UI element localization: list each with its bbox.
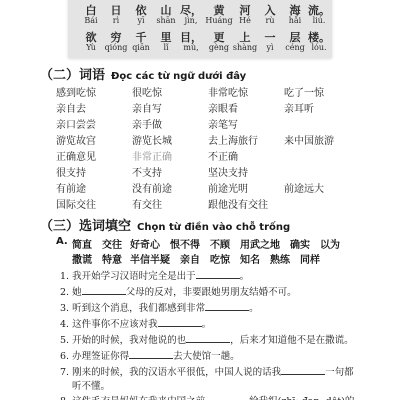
bank-word: 恨不得 — [170, 236, 200, 251]
bank-word: 好奇心 — [130, 236, 160, 251]
vocab-item: 有交往 — [132, 196, 162, 211]
question-text: 一句都 — [325, 367, 354, 378]
vocab-item: 国际交往 — [56, 196, 96, 211]
question-number: 7. — [60, 367, 69, 378]
poem-pinyin: mù, — [176, 43, 206, 52]
question-text: 。 — [249, 303, 259, 314]
question-3: 3. 听到这个消息，我们都感到非常。 — [60, 300, 259, 314]
section2-title: （二）词语 Đọc các từ ngữ dưới đây — [40, 64, 246, 83]
question-number: 8. — [60, 396, 69, 400]
bank-word: 吃惊 — [210, 251, 230, 266]
vocab-item: 亲自去 — [56, 100, 86, 115]
bank-word: 确实 — [290, 236, 310, 251]
vocab-item: 游览故宫 — [56, 132, 96, 147]
question-6: 6. 办理签证你得去大使馆一趟。 — [60, 348, 240, 362]
question-1: 1. 我开始学习汉语时完全是出于。 — [60, 268, 249, 282]
section2-title-vn: Đọc các từ ngữ dưới đây — [111, 71, 246, 82]
question-4: 4. 这件事你不应该对我。 — [60, 316, 211, 330]
question-text: 我开始学习汉语时完全是出于 — [72, 271, 196, 282]
vocab-item: 跟他没有交往 — [208, 196, 268, 211]
vocab-item: 不正确 — [208, 148, 238, 163]
poem-box: 白 日 依 山 尽， 黄 河 入 海 流。 Bái rì yī shān jìn… — [68, 0, 332, 58]
answer-blank[interactable] — [205, 394, 249, 400]
question-7: 7. 刚来的时候，我的汉语水平很低，中国人说的话我一句都 — [60, 364, 354, 378]
vocab-item: 来中国旅游 — [284, 132, 334, 147]
question-text: 给我织(zhī: đan, dệt)的。 — [249, 396, 364, 400]
bank-word: 半信半疑 — [130, 251, 170, 266]
section3-title-cn: （三）选词填空 — [40, 215, 131, 234]
section3-title: （三）选词填空 Chọn từ điền vào chỗ trống — [40, 215, 290, 234]
vocab-item: 有前途 — [56, 180, 86, 195]
question-text: 这件事你不应该对我 — [72, 319, 158, 330]
answer-blank[interactable] — [205, 301, 249, 311]
question-number: 6. — [60, 351, 69, 362]
bank-word: 特意 — [102, 251, 122, 266]
question-text: 她 — [72, 287, 82, 298]
question-text: 听到这个消息，我们都感到非常 — [72, 303, 205, 314]
section3-title-vn: Chọn từ điền vào chỗ trống — [137, 222, 290, 233]
bank-word: 撒谎 — [72, 251, 92, 266]
answer-blank[interactable] — [129, 349, 173, 359]
vocab-item: 亲耳听 — [284, 100, 314, 115]
question-8: 8. 这件毛衣是妈妈在我来中国之前给我织(zhī: đan, dệt)的。 — [60, 393, 364, 400]
question-5: 5. 开始的时候，我对他说的也，后来才知道他不是在撒谎。 — [60, 332, 354, 346]
section2-title-cn: （二）词语 — [40, 64, 105, 83]
bank-word: 亲自 — [180, 251, 200, 266]
poem-pinyin: lóu. — [304, 43, 334, 52]
bank-word: 交往 — [102, 236, 122, 251]
bank-word: 以为 — [320, 236, 340, 251]
vocab-item: 前途光明 — [208, 180, 248, 195]
question-text: 听不懂。 — [72, 381, 110, 392]
vocab-item: 前途远大 — [284, 180, 324, 195]
vocab-item: 亲口尝尝 — [56, 116, 96, 131]
question-text: 这件毛衣是妈妈在我来中国之前 — [72, 396, 205, 400]
bank-word: 简直 — [72, 236, 92, 251]
vocab-item: 亲手做 — [132, 116, 162, 131]
question-number: 5. — [60, 335, 69, 346]
vocab-item: 没有前途 — [132, 180, 172, 195]
question-7-continued: 听不懂。 — [72, 378, 110, 392]
vocab-item: 亲笔写 — [208, 116, 238, 131]
vocab-item: 非常正确 — [132, 148, 172, 163]
vocab-item: 亲自写 — [132, 100, 162, 115]
vocab-item: 很支持 — [56, 164, 86, 179]
bank-word: 熟练 — [270, 251, 290, 266]
bank-word: 不顾 — [210, 236, 230, 251]
vocab-item: 不支持 — [132, 164, 162, 179]
bank-word: 用武之地 — [240, 236, 280, 251]
vocab-item: 感到吃惊 — [56, 84, 96, 99]
vocab-item: 很吃惊 — [132, 84, 162, 99]
vocab-item: 吃了一惊 — [284, 84, 324, 99]
answer-blank[interactable] — [158, 317, 202, 327]
question-text: 开始的时候，我对他说的也 — [72, 335, 186, 346]
word-bank-label: A. — [56, 236, 68, 247]
question-text: ，后来才知道他不是在撒谎。 — [230, 335, 354, 346]
question-2: 2. 她父母的反对，非要跟她男朋友结婚不可。 — [60, 284, 297, 298]
vocab-item: 非常吃惊 — [208, 84, 248, 99]
vocab-item: 游览长城 — [132, 132, 172, 147]
answer-blank[interactable] — [186, 333, 230, 343]
poem-pinyin: jìn, — [176, 16, 206, 25]
vocab-item: 去上海旅行 — [208, 132, 258, 147]
question-text: 。 — [202, 319, 212, 330]
question-number: 1. — [60, 271, 69, 282]
poem-pinyin: liú. — [304, 16, 334, 25]
question-number: 3. — [60, 303, 69, 314]
question-text: 办理签证你得 — [72, 351, 129, 362]
question-text: 刚来的时候，我的汉语水平很低，中国人说的话我 — [72, 367, 281, 378]
answer-blank[interactable] — [281, 365, 325, 375]
vocab-item: 正确意见 — [56, 148, 96, 163]
vocab-item: 亲眼看 — [208, 100, 238, 115]
vocab-item: 坚决支持 — [208, 164, 248, 179]
bank-word: 知名 — [240, 251, 260, 266]
answer-blank[interactable] — [82, 285, 126, 295]
question-text: 。 — [240, 271, 250, 282]
answer-blank[interactable] — [196, 269, 240, 279]
question-text: 父母的反对，非要跟她男朋友结婚不可。 — [126, 287, 297, 298]
question-number: 2. — [60, 287, 69, 298]
question-number: 4. — [60, 319, 69, 330]
question-text: 去大使馆一趟。 — [173, 351, 240, 362]
bank-word: 同样 — [300, 251, 320, 266]
